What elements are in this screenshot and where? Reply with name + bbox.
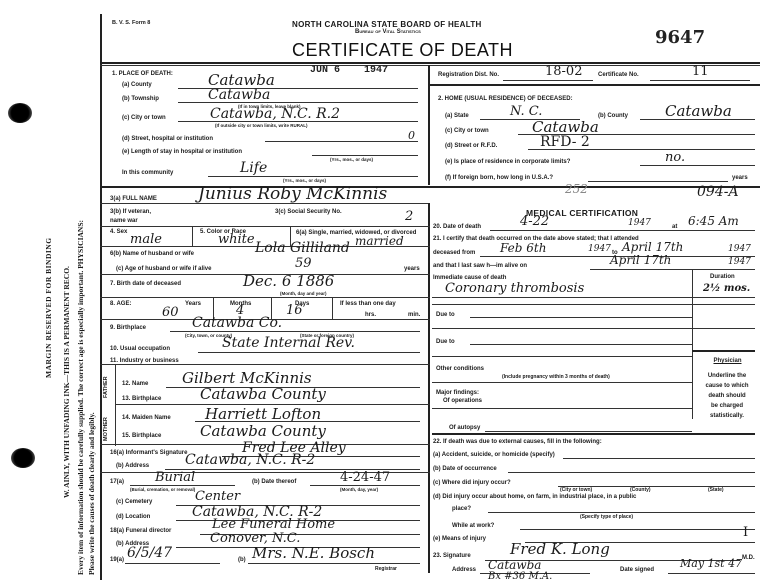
death-city-value: Catawba, N.C. R.2 — [210, 106, 340, 122]
due-to-2-line — [470, 344, 692, 345]
physician-box-line-3: death should — [694, 393, 760, 399]
cause-value: Coronary thrombosis — [445, 281, 584, 296]
death-date-line — [490, 230, 755, 231]
registrar-label: (b) — [238, 557, 246, 563]
autopsy-label: Of autopsy — [449, 425, 480, 431]
registration-rule — [430, 84, 760, 86]
due-to-1-label: Due to — [436, 312, 455, 318]
cause-rule-b — [432, 304, 755, 305]
disposition-label: 17(a) — [110, 479, 124, 485]
age-label: 8. AGE: — [110, 301, 131, 307]
margin-info-note: Every item of information should be care… — [76, 220, 85, 575]
full-name-value: Junius Roby McKinnis — [198, 184, 387, 204]
res-county-value: Catawba — [665, 102, 732, 120]
filed-value: 6/5/47 — [127, 545, 172, 561]
means-label: (e) Means of injury — [433, 536, 486, 542]
disposition-value: Burial — [155, 470, 195, 485]
street-line — [265, 141, 418, 142]
mother-birthplace-label: 15. Birthplace — [122, 433, 161, 439]
form-top-rule-2 — [100, 65, 760, 66]
due-to-2-label: Due to — [436, 339, 455, 345]
duration-label: Duration — [710, 274, 735, 280]
ssn-value: 2 — [405, 209, 413, 224]
mother-tag: MOTHER — [103, 417, 109, 441]
last-seen-line — [590, 269, 755, 270]
accident-line — [563, 458, 755, 459]
external-heading: 22. If death was due to external causes,… — [433, 439, 602, 445]
registration-dist-line — [503, 80, 593, 81]
attended-to: April 17th — [622, 240, 683, 254]
due-to-2-rule — [692, 350, 755, 352]
where-note-city: (City or town) — [560, 487, 592, 493]
last-seen-label: and that I last saw h—im alive on — [433, 263, 527, 269]
home-farm-label: (d) Did injury occur about home, on farm… — [433, 494, 636, 500]
community-label: In this community — [122, 170, 173, 176]
form-top-rule — [100, 62, 760, 64]
physician-signature-label: 23. Signature — [433, 553, 471, 559]
color-value: white — [218, 232, 255, 247]
mother-name-label: 14. Maiden Name — [122, 415, 171, 421]
medical-cause-bottom-rule — [432, 433, 755, 435]
spouse-age-unit: years — [404, 266, 420, 272]
file-number: 9647 — [655, 27, 705, 48]
bureau-name: Bureau of Vital Statistics — [355, 29, 421, 35]
certificate-no-line — [650, 80, 750, 81]
res-street-line — [528, 149, 755, 150]
last-seen-year: 1947 — [728, 257, 751, 267]
city-label: (c) City or town — [122, 115, 166, 121]
attended-to-year: 1947 — [728, 244, 751, 254]
res-corporate-line — [640, 165, 755, 166]
margin-ink-note: W. AINLY, WITH UNFADING INK—THIS IS A PE… — [62, 266, 71, 498]
spouse-age-value: 59 — [295, 256, 312, 271]
accident-label: (a) Accident, suicide, or homicide (spec… — [433, 452, 555, 458]
cause-rule — [432, 297, 755, 298]
certificate-no-label: Certificate No. — [598, 72, 639, 78]
res-foreign-line — [588, 181, 728, 182]
res-county-line — [640, 119, 755, 120]
spouse-age-label: (c) Age of husband or wife if alive — [116, 266, 211, 272]
attended-from: Feb 6th — [500, 241, 546, 255]
township-label: (b) Township — [122, 96, 159, 102]
place-label: place? — [452, 506, 471, 512]
death-year: 1947 — [628, 218, 651, 228]
father-name-label: 12. Name — [122, 381, 148, 387]
code-value: 094-A — [697, 184, 739, 200]
registration-dist-label: Registration Dist. No. — [438, 72, 499, 78]
disposition-date-label: (b) Date thereof — [252, 479, 296, 485]
findings-label: Major findings: — [436, 390, 479, 396]
registrar-title: Registrar — [375, 566, 397, 572]
res-foreign-label: (f) If foreign born, how long in U.S.A.? — [445, 175, 553, 181]
duration-divider — [692, 269, 693, 419]
date-signed-label: Date signed — [620, 567, 654, 573]
death-date-label: 20. Date of death — [433, 224, 481, 230]
md-label: M.D. — [742, 555, 755, 561]
due-to-2-rule-left — [432, 356, 692, 357]
physician-box-title: Physician — [700, 358, 755, 364]
full-name-label: 3(a) FULL NAME — [110, 196, 157, 202]
age-less-label: If less than one day — [340, 301, 396, 307]
father-birthplace-label: 13. Birthplace — [122, 396, 161, 402]
veteran-rule — [100, 226, 430, 227]
death-date-value: 4-22 — [520, 214, 549, 229]
date-signed-value: May 1st 47 — [680, 557, 742, 570]
birth-rule — [100, 297, 430, 298]
physician-box-line-2: cause to which — [694, 383, 760, 389]
city-note: (If outside city or town limits, write R… — [215, 123, 308, 128]
location-label: (d) Location — [116, 514, 150, 520]
work-line — [520, 529, 755, 530]
res-state-value: N. C. — [510, 104, 542, 119]
physician-box-line-4: be charged — [694, 403, 760, 409]
birthplace-label: 9. Birthplace — [110, 325, 146, 331]
occurrence-label: (b) Date of occurrence — [433, 466, 497, 472]
street-label: (d) Street, hospital or institution — [122, 136, 213, 142]
cemetery-label: (c) Cemetery — [116, 499, 152, 505]
filed-label: 19(a) — [110, 557, 124, 563]
age-min-label: min. — [408, 312, 420, 318]
occupation-label: 10. Usual occupation — [110, 346, 170, 352]
disposition-line — [130, 485, 235, 486]
age-days-divider — [332, 297, 333, 319]
binding-hole-bottom — [11, 448, 35, 468]
spouse-value: Lola Gilliland — [255, 240, 350, 256]
funeral-director-label: 18(a) Funeral director — [110, 528, 171, 534]
cemetery-value: Center — [195, 489, 240, 504]
city-line — [178, 121, 418, 122]
res-foreign-unit: years — [732, 175, 748, 181]
work-label: While at work? — [452, 523, 494, 529]
attended-from-year: 1947 — [588, 244, 611, 254]
sex-value: male — [130, 232, 162, 247]
registration-dist-value: 18-02 — [545, 64, 582, 79]
other-conditions-note: (Include pregnancy within 3 months of de… — [502, 374, 610, 380]
name-annotation: 252 — [565, 182, 588, 196]
received-stamp: JUN 6 1947 — [310, 65, 388, 76]
filed-line — [125, 563, 220, 564]
autopsy-line — [485, 431, 692, 432]
age-hrs-label: hrs. — [365, 312, 376, 318]
informant-address-label: (b) Address — [116, 463, 149, 469]
community-value: Life — [240, 160, 267, 176]
father-tag: FATHER — [103, 376, 109, 398]
place-line — [488, 512, 755, 513]
death-township-value: Catawba — [208, 87, 270, 103]
physician-address-value: Catawba — [488, 558, 541, 572]
funeral-director-value: Lee Funeral Home — [212, 517, 335, 532]
occurrence-line — [508, 472, 755, 473]
occupation-line — [198, 352, 420, 353]
sex-label: 4. Sex — [110, 229, 127, 235]
binding-hole-top — [8, 103, 32, 123]
disposition-date-note: (Month, day, year) — [340, 487, 378, 492]
form-id: B. V. S. Form 8 — [112, 20, 150, 26]
means-value: I — [743, 525, 748, 540]
age-days-value: 16 — [286, 303, 303, 318]
physician-signature-value: Fred K. Long — [510, 540, 610, 558]
ssn-label: 3(c) Social Security No. — [275, 208, 365, 217]
parents-tag-divider — [115, 364, 116, 446]
mother-birthplace-value: Catawba County — [200, 422, 326, 440]
township-line — [178, 102, 418, 103]
res-city-label: (c) City or town — [445, 128, 489, 134]
due-to-1-rule — [432, 328, 755, 329]
physician-box-line-5: statistically. — [694, 413, 760, 419]
birthplace-line — [170, 331, 420, 332]
community-line — [208, 176, 418, 177]
where-note-county: (County) — [630, 487, 651, 493]
disposition-date-value: 4-24-47 — [340, 470, 390, 485]
community-note: (Yrs., mos., or days) — [283, 178, 326, 183]
residence-heading: 2. HOME (USUAL RESIDENCE) OF DECEASED: — [438, 96, 573, 102]
registrar-value: Mrs. N.E. Bosch — [252, 544, 375, 562]
place-note: (Specify type of place) — [580, 514, 633, 520]
where-label: (c) Where did injury occur? — [433, 480, 511, 486]
length-line — [312, 155, 418, 156]
date-signed-line — [668, 573, 755, 574]
operations-rule — [432, 408, 692, 409]
margin-binding-note: MARGIN RESERVED FOR BINDING — [44, 237, 53, 378]
lower-section-divider — [428, 203, 430, 573]
where-note-state: (State) — [708, 487, 724, 493]
birth-value: Dec. 6 1886 — [243, 272, 334, 290]
registrar-line — [248, 563, 420, 564]
duration-value: 2½ mos. — [703, 283, 750, 294]
physician-box-line-1: Underline the — [694, 373, 760, 379]
margin-causes-note: Please write the causes of death clearly… — [87, 412, 96, 575]
res-street-label: (d) Street or R.F.D. — [445, 143, 497, 149]
agency-name: NORTH CAROLINA STATE BOARD OF HEALTH — [292, 20, 482, 29]
operations-label: Of operations — [443, 398, 482, 404]
disposition-date-line — [310, 485, 420, 486]
certificate-title: CERTIFICATE OF DEATH — [292, 40, 513, 61]
full-name-rule — [100, 203, 430, 204]
res-county-label: (b) County — [598, 113, 628, 119]
res-street-value: RFD- 2 — [540, 134, 590, 150]
spouse-label: 6(b) Name of husband or wife — [110, 251, 194, 257]
physician-address-label: Address — [452, 567, 476, 573]
last-seen-value: April 17th — [610, 253, 671, 267]
length-label: (e) Length of stay in hospital or instit… — [122, 149, 242, 155]
informant-signature-label: 16(a) Informant's Signature — [110, 450, 187, 456]
certificate-no-value: 11 — [692, 64, 709, 79]
attended-label: deceased from — [433, 250, 475, 256]
top-section-divider — [428, 65, 430, 185]
length-note: (Yrs., mos., or days) — [330, 157, 373, 162]
place-of-death-heading: 1. PLACE OF DEATH: — [112, 71, 173, 77]
birthplace-value: Catawba Co. — [192, 315, 282, 331]
father-birthplace-value: Catawba County — [200, 385, 326, 403]
occupation-value: State Internal Rev. — [222, 335, 355, 351]
disposition-note: (Burial, cremation, or removal) — [130, 487, 195, 492]
county-label: (a) County — [122, 82, 152, 88]
res-corporate-label: (e) Is place of residence in corporate l… — [445, 159, 570, 165]
birth-label: 7. Birth date of deceased — [110, 281, 181, 287]
industry-rule — [100, 364, 430, 365]
veteran-label: 3(b) If veteran, name war — [110, 208, 160, 226]
res-corporate-value: no. — [665, 150, 685, 165]
birth-note: (Month, day and year) — [280, 291, 327, 296]
age-years-value: 60 — [162, 305, 179, 320]
age-years-label: Years — [185, 301, 201, 307]
informant-address-value: Catawba, N.C. R-2 — [185, 452, 315, 468]
physician-address-extra: Bx #36 M.A. — [488, 571, 552, 582]
other-conditions-rule — [432, 382, 692, 383]
sex-color-divider — [192, 226, 193, 246]
due-to-1-line — [470, 317, 692, 318]
res-state-label: (a) State — [445, 113, 469, 119]
death-time-value: 6:45 Am — [688, 214, 739, 228]
other-conditions-label: Other conditions — [436, 366, 484, 372]
